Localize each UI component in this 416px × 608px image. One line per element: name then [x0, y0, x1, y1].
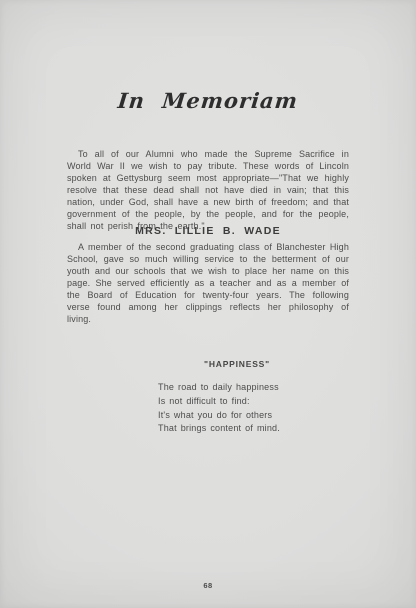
poem-line: The road to daily happiness	[158, 381, 278, 395]
biography-paragraph: A member of the second graduating class …	[67, 241, 349, 325]
tribute-paragraph: To all of our Alumni who made the Suprem…	[67, 148, 349, 232]
yearbook-memorial-page: In Memoriam To all of our Alumni who mad…	[0, 0, 416, 608]
page-number: 68	[0, 581, 416, 590]
poem-verse: The road to daily happiness Is not diffi…	[158, 381, 278, 436]
poem-section: "HAPPINESS" The road to daily happiness …	[158, 359, 278, 436]
poem-title: "HAPPINESS"	[204, 359, 278, 369]
honoree-name-heading: MRS. LILLIE B. WADE	[0, 225, 416, 237]
poem-line: Is not difficult to find:	[158, 395, 278, 409]
poem-line: It's what you do for others	[158, 409, 278, 423]
poem-line: That brings content of mind.	[158, 422, 278, 436]
page-title: In Memoriam	[0, 88, 416, 113]
